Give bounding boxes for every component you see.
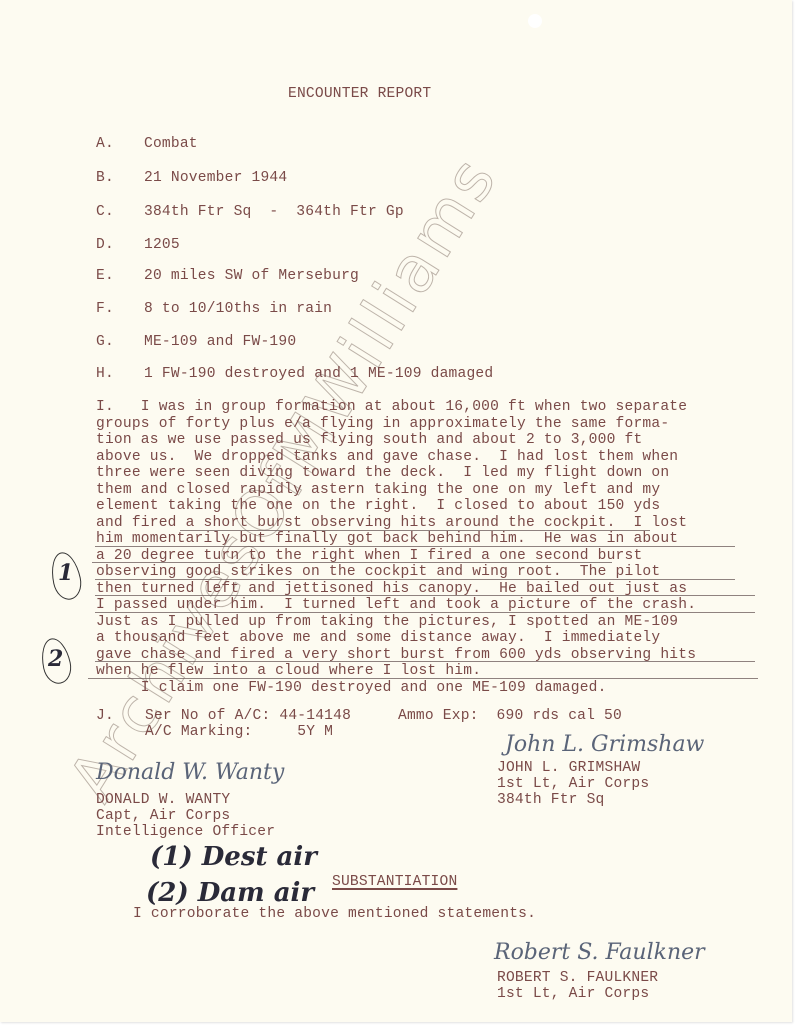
item-value: 20 miles SW of Merseburg [144, 268, 359, 284]
item-value: ME-109 and FW-190 [144, 334, 296, 350]
item-value: 384th Ftr Sq - 364th Ftr Gp [144, 204, 404, 220]
narrative-line: three were seen diving toward the deck. … [96, 465, 696, 482]
narrative-line: I claim one FW-190 destroyed and one ME-… [96, 680, 696, 697]
document-page: ArchivesOfMWilliams ENCOUNTER REPORT A. … [0, 0, 792, 1022]
narrative-line: tion as we use passed us flying south an… [96, 432, 696, 449]
handwritten-underline [180, 530, 650, 531]
witness-rank: 1st Lt, Air Corps [497, 986, 649, 1002]
item-label: E. [96, 268, 114, 284]
narrative-paragraph: I. I was in group formation at about 16,… [96, 399, 696, 696]
intelligence-officer-signature: Donald W. Wanty [96, 760, 284, 785]
item-label: A. [96, 136, 114, 152]
item-label: D. [96, 237, 114, 253]
handwritten-underline [95, 661, 755, 662]
narrative-line: I. I was in group formation at about 16,… [96, 399, 696, 416]
report-title: ENCOUNTER REPORT [288, 86, 431, 102]
pilot-name: JOHN L. GRIMSHAW [497, 760, 640, 776]
handwritten-underline [95, 612, 755, 613]
pilot-unit: 384th Ftr Sq [497, 792, 605, 808]
margin-note-2: 2 [48, 646, 63, 672]
item-value: 1205 [144, 237, 180, 253]
handwritten-note-destroyed: (1) Dest air [150, 842, 317, 872]
handwritten-note-damaged: (2) Dam air [146, 878, 314, 908]
item-label: F. [96, 301, 114, 317]
witness-name: ROBERT S. FAULKNER [497, 970, 658, 986]
item-value: Combat [144, 136, 198, 152]
narrative-line: a thousand feet above me and some distan… [96, 630, 696, 647]
narrative-line: Just as I pulled up from taking the pict… [96, 614, 696, 631]
item-j-label: J. [96, 708, 114, 724]
handwritten-underline [88, 678, 758, 679]
narrative-line: element taking the one on the right. I c… [96, 498, 696, 515]
intelligence-officer-name: DONALD W. WANTY [96, 792, 230, 808]
intelligence-officer-role: Intelligence Officer [96, 824, 275, 840]
narrative-line: them and closed rapidly astern taking th… [96, 482, 696, 499]
ammo-expended: Ammo Exp: 690 rds cal 50 [398, 708, 622, 724]
item-value: 21 November 1944 [144, 170, 287, 186]
item-value: 1 FW-190 destroyed and 1 ME-109 damaged [144, 366, 493, 382]
punch-hole [528, 14, 542, 28]
intelligence-officer-rank: Capt, Air Corps [96, 808, 230, 824]
handwritten-underline [95, 579, 735, 580]
item-value: 8 to 10/10ths in rain [144, 301, 332, 317]
item-label: C. [96, 204, 114, 220]
item-label: B. [96, 170, 114, 186]
substantiation-text: I corroborate the above mentioned statem… [133, 906, 536, 922]
aircraft-serial: Ser No of A/C: 44-14148 [145, 708, 351, 724]
pilot-signature: John L. Grimshaw [505, 732, 704, 757]
narrative-line: above us. We dropped tanks and gave chas… [96, 449, 696, 466]
narrative-line: and fired a short burst observing hits a… [96, 515, 696, 532]
item-label: H. [96, 366, 114, 382]
handwritten-underline [95, 546, 735, 547]
handwritten-underline [95, 595, 755, 596]
witness-signature: Robert S. Faulkner [494, 940, 705, 965]
pilot-rank: 1st Lt, Air Corps [497, 776, 649, 792]
narrative-line: groups of forty plus e/a flying in appro… [96, 416, 696, 433]
margin-note-1: 1 [58, 560, 73, 586]
handwritten-underline [92, 562, 612, 563]
aircraft-marking: A/C Marking: 5Y M [145, 724, 333, 740]
item-label: G. [96, 334, 114, 350]
substantiation-heading: SUBSTANTIATION [332, 874, 457, 890]
